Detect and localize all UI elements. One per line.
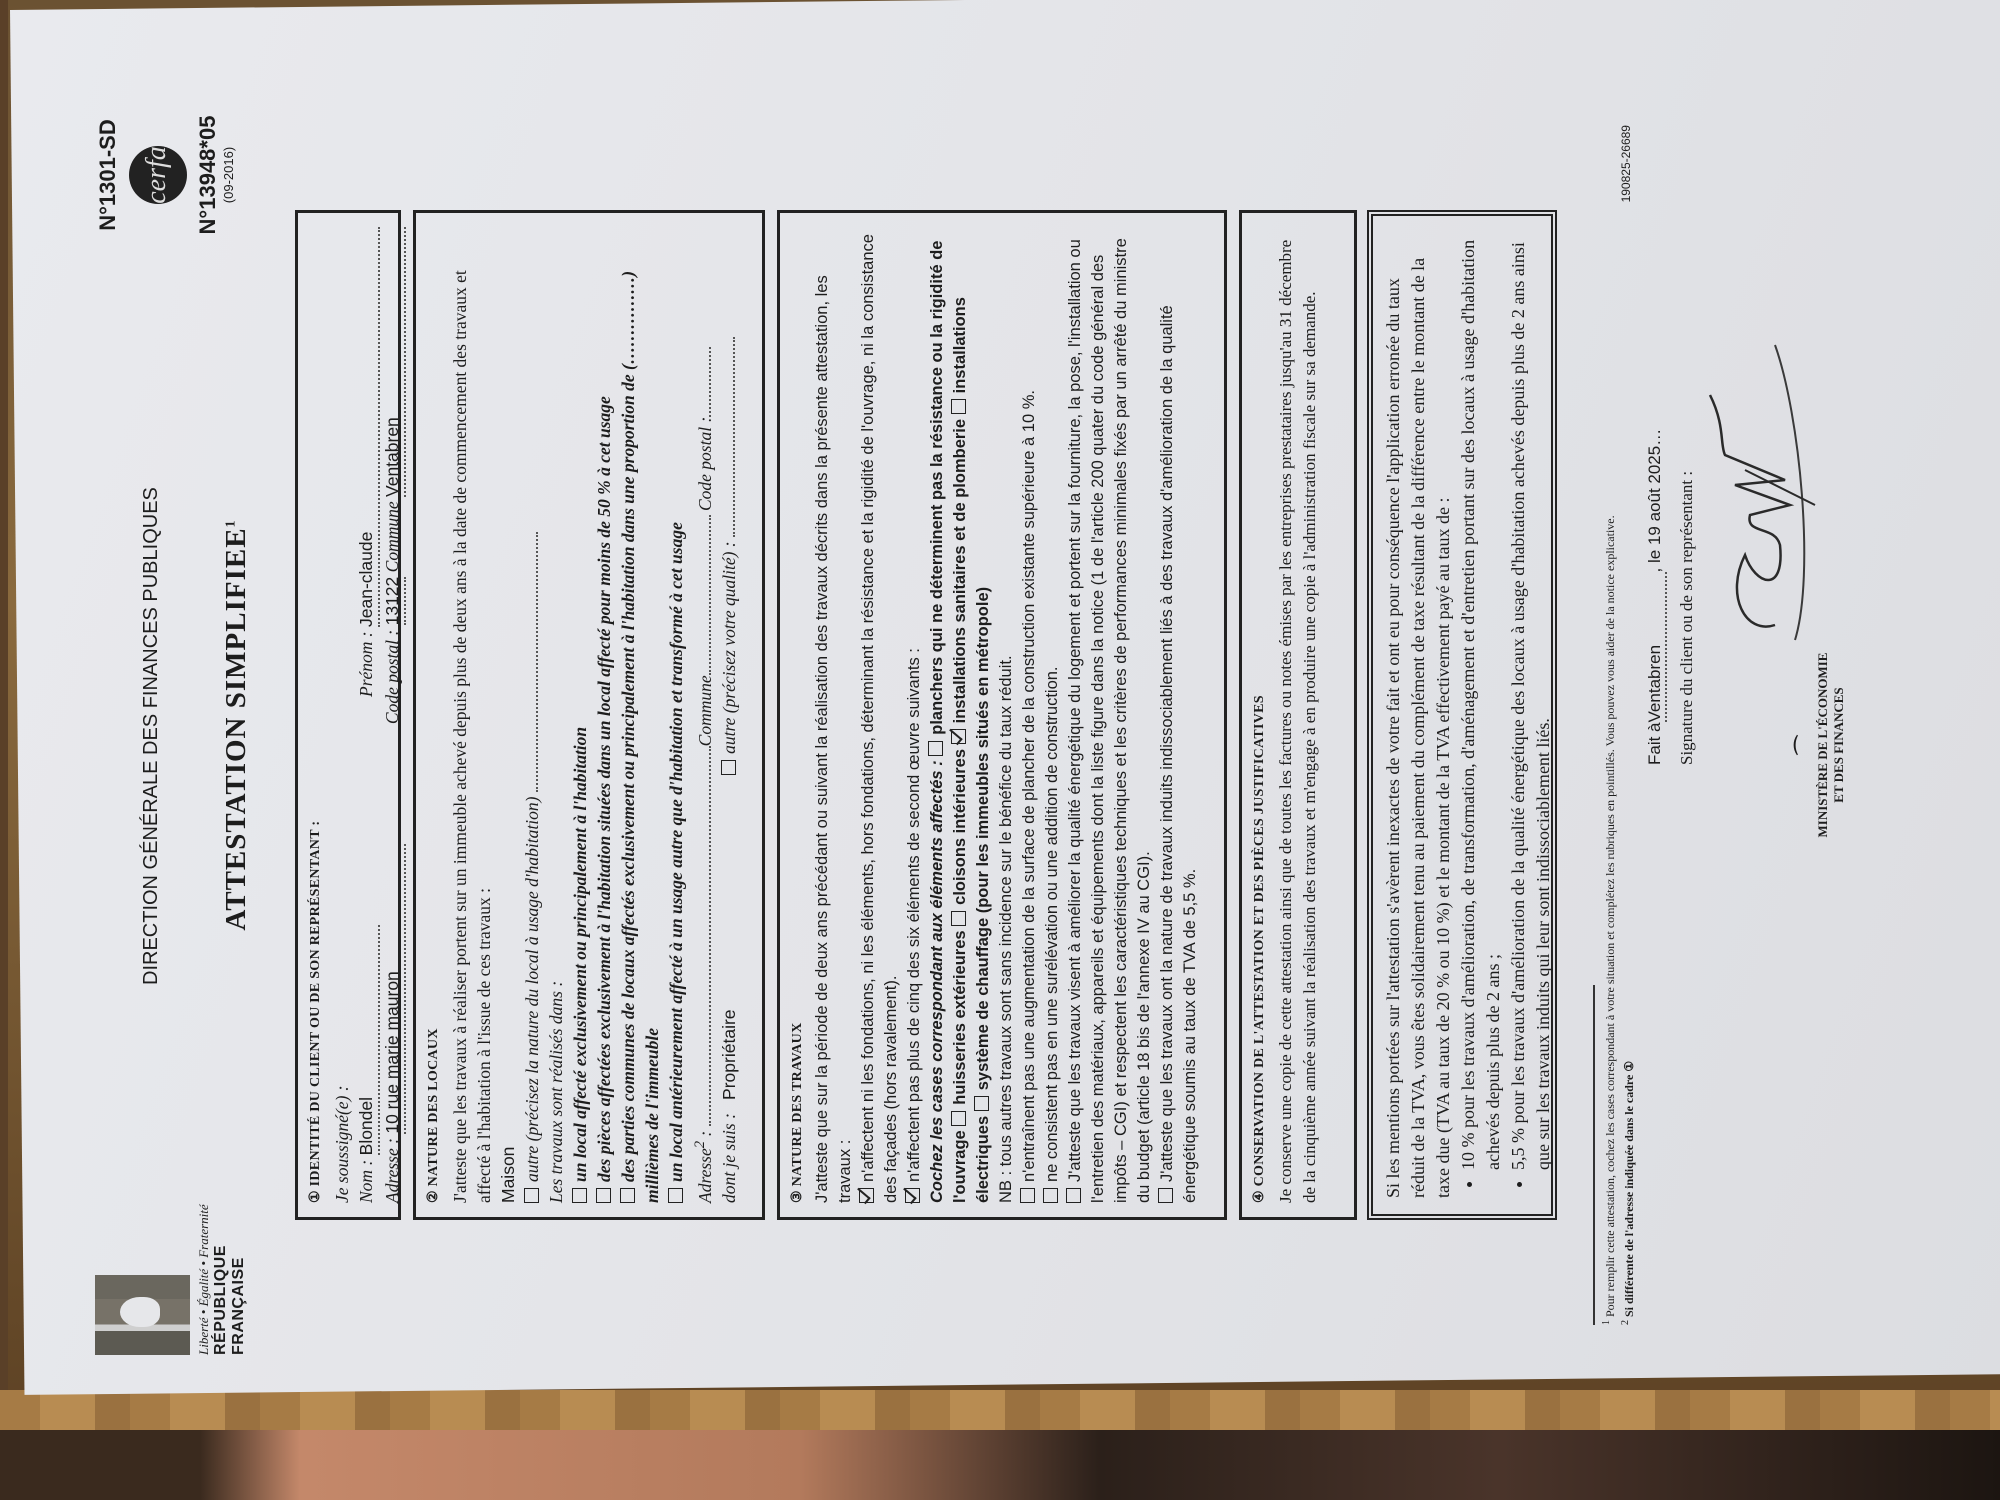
checkbox-item[interactable]: des parties communes de locaux affectés … bbox=[616, 227, 664, 1203]
section-heading: ③ NATURE DES TRAVAUX bbox=[786, 227, 809, 1203]
quality-label: dont je suis : bbox=[719, 1113, 739, 1203]
element-option[interactable]: système de chauffage (pour les immeubles… bbox=[974, 587, 992, 1111]
checkbox[interactable] bbox=[951, 1111, 966, 1126]
date-value[interactable]: 19 août 2025 bbox=[1645, 446, 1664, 545]
footnote-2: Si différente de l'adresse indiquée dans… bbox=[1622, 1061, 1636, 1317]
conditions-list: n'entraînent pas une augmentation de la … bbox=[1018, 227, 1202, 1203]
section-conservation: ④ CONSERVATION DE L'ATTESTATION ET DES P… bbox=[1239, 210, 1357, 1220]
warning-bullet: 10 % pour les travaux d'amélioration, de… bbox=[1456, 232, 1506, 1170]
checkbox-item[interactable]: n'entraînent pas une augmentation de la … bbox=[1018, 227, 1041, 1203]
checkbox[interactable] bbox=[668, 1188, 683, 1203]
checkbox-item[interactable]: n'affectent ni les fondations, ni les él… bbox=[857, 227, 903, 1203]
checkbox[interactable] bbox=[620, 1188, 635, 1203]
footnote-1: Pour remplir cette attestation, cochez l… bbox=[1603, 515, 1617, 1317]
postal-commune-field[interactable]: Code postal : 13122 Commune Ventabren bbox=[380, 227, 406, 724]
checkbox-item[interactable]: un local affecté exclusivement ou princi… bbox=[568, 227, 592, 1203]
checkbox-label: un local antérieurement affecté à un usa… bbox=[666, 522, 686, 1182]
checkbox-label: des pièces affectées exclusivement à l'h… bbox=[594, 396, 614, 1182]
checkbox[interactable] bbox=[1043, 1188, 1058, 1203]
cerfa-form-page: Liberté • Égalité • Fraternité RÉPUBLIQU… bbox=[95, 95, 1875, 1355]
code-postal2-field[interactable] bbox=[709, 347, 711, 417]
checkbox-item[interactable]: J'atteste que les travaux visent à améli… bbox=[1064, 227, 1156, 1203]
element-option[interactable]: installations sanitaires et de plomberie bbox=[951, 414, 969, 744]
cerfa-block: N°1301-SD cerfa N°13948*05 (09-2016) bbox=[95, 95, 236, 255]
tick-instruction: Cochez les cases correspondant aux éléme… bbox=[928, 760, 946, 1203]
commune-label: Commune bbox=[382, 501, 402, 572]
marianne-icon bbox=[95, 1275, 190, 1355]
section-works: ③ NATURE DES TRAVAUX J'atteste que sur l… bbox=[777, 210, 1227, 1220]
nb-note: NB : tous autres travaux sont sans incid… bbox=[995, 227, 1018, 1203]
elements-line: Cochez les cases correspondant aux éléme… bbox=[926, 227, 995, 1203]
title-text: ATTESTATION SIMPLIFIEE bbox=[220, 527, 252, 930]
adresse2-field[interactable] bbox=[709, 746, 711, 1126]
footnote-ref: 2 bbox=[692, 1141, 708, 1148]
premises-options: un local affecté exclusivement ou princi… bbox=[568, 227, 688, 1203]
adresse-value[interactable]: 10 rue marie mauron bbox=[380, 844, 406, 1134]
checkbox[interactable] bbox=[974, 1096, 989, 1111]
checkbox[interactable] bbox=[1020, 1188, 1035, 1203]
checked-checkbox[interactable] bbox=[859, 1188, 874, 1203]
prenom-label: Prénom : bbox=[356, 631, 376, 697]
quality-value[interactable]: Propriétaire bbox=[719, 1009, 739, 1099]
label: Adresse bbox=[695, 1148, 715, 1203]
element-option[interactable]: huisseries extérieures bbox=[951, 926, 969, 1126]
section-heading: ② NATURE DES LOCAUX bbox=[422, 227, 446, 1203]
form-header: Liberté • Égalité • Fraternité RÉPUBLIQU… bbox=[95, 95, 285, 1355]
checkbox-label: J'atteste que les travaux visent à améli… bbox=[1066, 238, 1153, 1203]
checkbox-label: ne consistent pas en une surélévation ou… bbox=[1043, 666, 1061, 1182]
undersigned-label: Je soussigné(e) : bbox=[330, 227, 354, 1203]
element-label: cloisons intérieures bbox=[951, 744, 969, 904]
checkbox-label: J'atteste que les travaux ont la nature … bbox=[1158, 305, 1199, 1203]
checkbox[interactable] bbox=[572, 1188, 587, 1203]
cerfa-logo-icon: cerfa bbox=[129, 146, 187, 204]
page-title: ATTESTATION SIMPLIFIEE1 bbox=[220, 95, 253, 1355]
adresse-label: Adresse : bbox=[382, 1138, 402, 1203]
realized-in-label: Les travaux sont réalisés dans : bbox=[544, 227, 568, 1203]
code-postal-value[interactable]: 13122 bbox=[380, 577, 406, 626]
checkbox-label: des parties communes de locaux affectés … bbox=[618, 271, 662, 1203]
nom-label: Nom : bbox=[356, 1160, 376, 1203]
checkbox[interactable] bbox=[524, 1188, 539, 1203]
footnote-ref: 1 bbox=[223, 519, 238, 527]
ministry-line-2: ET DES FINANCES bbox=[1831, 605, 1847, 885]
element-label: installations sanitaires et de plomberie bbox=[951, 414, 969, 723]
section-heading: ④ CONSERVATION DE L'ATTESTATION ET DES P… bbox=[1248, 227, 1272, 1203]
footnotes: 1 Pour remplir cette attestation, cochez… bbox=[1599, 165, 1637, 1325]
adresse2-label: Adresse2 : bbox=[695, 1131, 715, 1203]
date-label: le bbox=[1645, 550, 1664, 563]
agency-name: DIRECTION GÉNÉRALE DES FINANCES PUBLIQUE… bbox=[140, 487, 163, 985]
checked-checkbox[interactable] bbox=[905, 1188, 920, 1203]
document-code: 190825-26689 bbox=[1619, 125, 1633, 202]
place-label: Fait à bbox=[1645, 722, 1664, 765]
checkbox-label: n'entraînent pas une augmentation de la … bbox=[1020, 390, 1038, 1182]
marianne-arc-icon: ⌒ bbox=[1795, 605, 1815, 885]
checkbox[interactable] bbox=[1158, 1188, 1173, 1203]
checkbox[interactable] bbox=[1066, 1188, 1081, 1203]
form-number: N°1301-SD bbox=[95, 95, 121, 255]
checkbox[interactable] bbox=[596, 1188, 611, 1203]
checkbox-label: n'affectent ni les fondations, ni les él… bbox=[859, 234, 900, 1203]
table-edge bbox=[0, 0, 8, 1500]
element-option[interactable]: cloisons intérieures bbox=[951, 744, 969, 925]
checkbox-item[interactable]: ne consistent pas en une surélévation ou… bbox=[1041, 227, 1064, 1203]
warning-box: Si les mentions portées sur l'attestatio… bbox=[1367, 210, 1557, 1220]
ministry-line-1: MINISTÈRE DE L'ÉCONOMIE bbox=[1815, 605, 1831, 885]
ministry-logo: ⌒ MINISTÈRE DE L'ÉCONOMIE ET DES FINANCE… bbox=[1795, 605, 1847, 885]
warning-bullet: 5,5 % pour les travaux d'amélioration de… bbox=[1506, 232, 1556, 1170]
premises-type-value[interactable]: Maison bbox=[496, 227, 520, 1203]
works-items: n'affectent ni les fondations, ni les él… bbox=[857, 227, 926, 1203]
motto: Liberté • Égalité • Fraternité bbox=[196, 1155, 212, 1355]
checkbox[interactable] bbox=[951, 399, 966, 414]
place-date-line: Fait àVentabren, le 19 août 2025… bbox=[1645, 429, 1667, 765]
checkbox-item[interactable]: J'atteste que les travaux ont la nature … bbox=[1156, 227, 1202, 1203]
checkbox-label: n'affectent pas plus de cinq des six élé… bbox=[905, 648, 923, 1182]
place-value[interactable]: Ventabren bbox=[1645, 645, 1664, 723]
quality-other-field[interactable] bbox=[733, 337, 735, 537]
background-floor bbox=[0, 1430, 2000, 1500]
section-heading: ① IDENTITÉ DU CLIENT OU DE SON REPRÉSENT… bbox=[304, 227, 328, 1203]
checkbox-item[interactable]: n'affectent pas plus de cinq des six élé… bbox=[903, 227, 926, 1203]
prenom-field[interactable]: Prénom : Jean-claude bbox=[354, 227, 380, 697]
conservation-text: Je conserve une copie de cette attestati… bbox=[1274, 227, 1322, 1203]
works-intro: J'atteste que sur la période de deux ans… bbox=[811, 227, 857, 1203]
nom-value[interactable]: Blondel bbox=[354, 925, 380, 1155]
checkbox-label: un local affecté exclusivement ou princi… bbox=[570, 727, 590, 1182]
wooden-table bbox=[0, 1390, 2000, 1435]
section-premises: ② NATURE DES LOCAUX J'atteste que les tr… bbox=[413, 210, 765, 1220]
checkbox[interactable] bbox=[951, 911, 966, 926]
code-postal-label: Code postal : bbox=[382, 630, 402, 724]
element-label: huisseries extérieures bbox=[951, 926, 969, 1105]
nom-field[interactable]: Nom : Blondel bbox=[354, 925, 380, 1203]
signature-label: Signature du client ou de son représenta… bbox=[1677, 471, 1697, 765]
checkbox-item[interactable]: un local antérieurement affecté à un usa… bbox=[664, 227, 688, 1203]
other-premises-label: autre (précisez la nature du local à usa… bbox=[522, 797, 542, 1182]
footnote-rule bbox=[1593, 985, 1595, 1325]
code-postal2-label: Code postal : bbox=[695, 417, 715, 511]
checkbox-item[interactable]: des pièces affectées exclusivement à l'h… bbox=[592, 227, 616, 1203]
checkbox[interactable] bbox=[928, 741, 943, 756]
commune2-label: Commune bbox=[695, 675, 715, 746]
premises-intro: J'atteste que les travaux à réaliser por… bbox=[448, 227, 496, 1203]
warning-text: Si les mentions portées sur l'attestatio… bbox=[1381, 232, 1456, 1198]
commune-value[interactable]: Ventabren bbox=[380, 227, 406, 497]
element-label: système de chauffage (pour les immeubles… bbox=[974, 587, 992, 1090]
warning-bullets: 10 % pour les travaux d'amélioration, de… bbox=[1456, 232, 1556, 1198]
prenom-value[interactable]: Jean-claude bbox=[354, 227, 380, 627]
cerfa-number: N°13948*05 bbox=[195, 95, 221, 255]
section-identity: ① IDENTITÉ DU CLIENT OU DE SON REPRÉSENT… bbox=[295, 210, 401, 1220]
adresse-field[interactable]: Adresse : 10 rue marie mauron bbox=[380, 844, 406, 1203]
checked-checkbox[interactable] bbox=[951, 729, 966, 744]
commune2-field[interactable] bbox=[709, 515, 711, 675]
quality-other-label: autre (précisez votre qualité) : bbox=[719, 541, 739, 754]
checkbox[interactable] bbox=[721, 760, 736, 775]
